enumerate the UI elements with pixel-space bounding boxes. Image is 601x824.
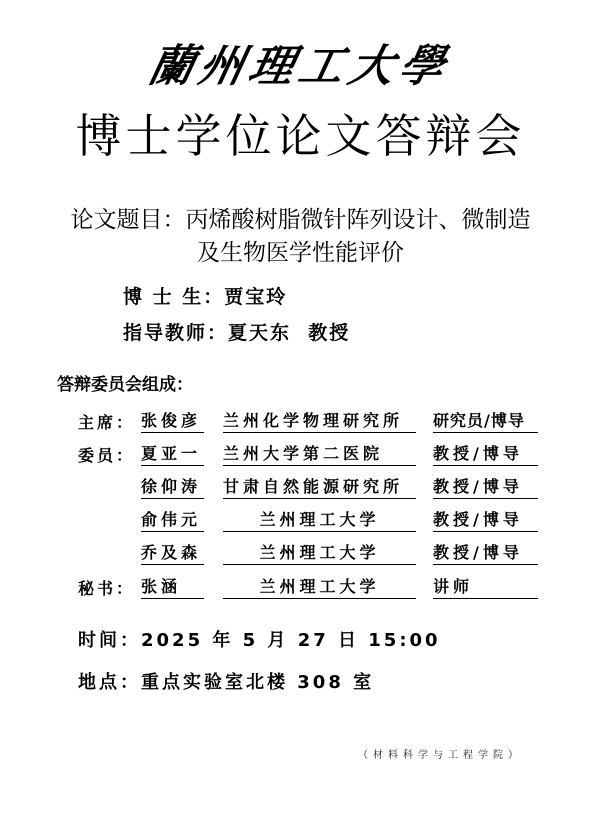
committee-heading: 答辩委员会组成： [57, 370, 193, 395]
committee-role: 秘书： [78, 576, 135, 599]
place-value: 重点实验室北楼 308 室 [141, 672, 374, 693]
member-name: 乔及森 [141, 542, 204, 565]
committee-row: 主席： 张俊彦 兰州化学物理研究所 研究员/博导 [0, 410, 601, 434]
member-institution: 兰州理工大学 [223, 542, 416, 565]
member-name: 张涵 [141, 576, 204, 599]
time-line: 时间：2025 年 5 月 27 日 15:00 [78, 626, 441, 652]
member-institution: 兰州理工大学 [223, 576, 416, 599]
committee-row: 乔及森 兰州理工大学 教授/博导 [0, 542, 601, 566]
page-title: 博士学位论文答辩会 [0, 100, 601, 166]
member-institution: 甘肃自然能源研究所 [223, 476, 416, 499]
member-title: 教授/博导 [433, 509, 538, 532]
candidate-label: 博 士 生： [123, 286, 224, 308]
advisor-label: 指导教师： [123, 322, 228, 344]
member-title: 教授/博导 [433, 443, 538, 466]
time-value: 2025 年 5 月 27 日 15:00 [141, 630, 441, 651]
member-name: 张俊彦 [141, 410, 204, 433]
member-name: 徐仰涛 [141, 476, 204, 499]
committee-role: 委员： [78, 443, 135, 466]
committee-row: 委员： 夏亚一 兰州大学第二医院 教授/博导 [0, 443, 601, 467]
organizer-note: （材料科学与工程学院） [358, 746, 523, 761]
advisor-title: 教授 [308, 322, 350, 344]
member-title: 教授/博导 [433, 476, 538, 499]
member-institution: 兰州大学第二医院 [223, 443, 416, 466]
time-label: 时间： [78, 630, 141, 651]
member-name: 夏亚一 [141, 443, 204, 466]
member-title: 教授/博导 [433, 542, 538, 565]
member-title: 研究员/博导 [433, 410, 538, 433]
candidate-line: 博 士 生：贾宝玲 [123, 282, 287, 309]
committee-role: 主席： [78, 410, 135, 433]
member-title: 讲师 [433, 576, 538, 599]
thesis-title-line-1: 论文题目：丙烯酸树脂微针阵列设计、微制造 [0, 201, 601, 234]
committee-row: 徐仰涛 甘肃自然能源研究所 教授/博导 [0, 476, 601, 500]
advisor-name: 夏天东 [228, 322, 291, 344]
candidate-name: 贾宝玲 [224, 286, 287, 308]
place-label: 地点： [78, 672, 141, 693]
member-institution: 兰州理工大学 [223, 509, 416, 532]
member-name: 俞伟元 [141, 509, 204, 532]
advisor-line: 指导教师：夏天东 教授 [123, 318, 350, 345]
thesis-title-line-2: 及生物医学性能评价 [0, 234, 601, 267]
university-logo: 蘭州理工大學 [0, 30, 601, 94]
place-line: 地点：重点实验室北楼 308 室 [78, 668, 374, 694]
member-institution: 兰州化学物理研究所 [223, 410, 416, 433]
committee-row: 俞伟元 兰州理工大学 教授/博导 [0, 509, 601, 533]
committee-row: 秘书： 张涵 兰州理工大学 讲师 [0, 576, 601, 600]
